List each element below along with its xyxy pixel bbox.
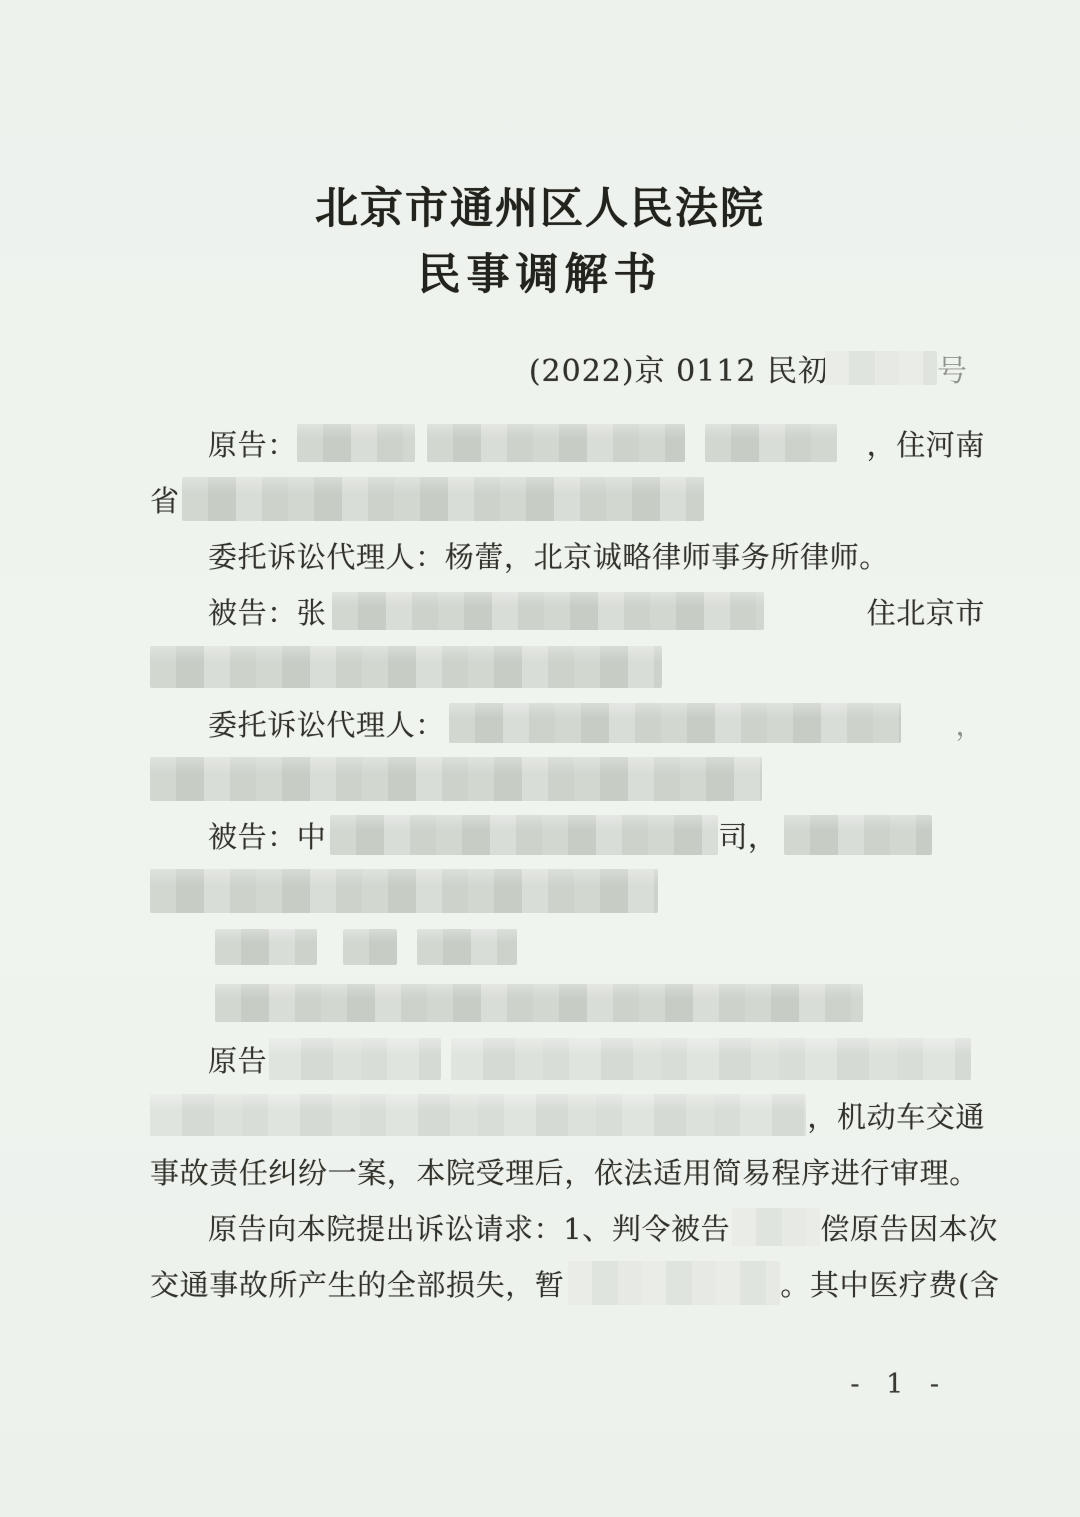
redaction-block — [427, 424, 685, 462]
defendant2-label: 被告：中 — [208, 815, 326, 856]
plaintiff-line: 原告： ，住河南 — [150, 415, 985, 471]
redaction-block — [732, 1208, 820, 1246]
defendant1-agent-line: 委托诉讼代理人： ， — [150, 695, 985, 751]
redaction-block — [784, 815, 932, 855]
redaction-block — [705, 424, 837, 462]
redacted-line-long — [150, 975, 985, 1031]
intro-procedure-text: 事故责任纠纷一案，本院受理后，依法适用简易程序进行审理。 — [150, 1151, 979, 1192]
defendant1-agent-label: 委托诉讼代理人： — [208, 703, 445, 744]
defendant1-line: 被告：张 住北京市 — [150, 583, 985, 639]
plaintiff-agent-text: 委托诉讼代理人：杨蕾，北京诚略律师事务所律师。 — [208, 535, 889, 576]
claim-line2: 交通事故所产生的全部损失，暂 。其中医疗费(含 — [150, 1255, 985, 1311]
defendant1-label: 被告：张 — [208, 591, 326, 632]
redaction-block — [343, 929, 397, 965]
case-intro-line3: 事故责任纠纷一案，本院受理后，依法适用简易程序进行审理。 — [150, 1143, 985, 1199]
page-number: - 1 - — [0, 1369, 1080, 1400]
redaction-block — [332, 592, 764, 630]
claim-start-text: 原告向本院提出诉讼请求：1、判令被告 — [208, 1207, 730, 1248]
intro-tail-text: ，机动车交通 — [807, 1095, 985, 1136]
residence-cont-text: 省 — [150, 479, 180, 520]
title-block: 北京市通州区人民法院 民事调解书 — [0, 0, 1080, 301]
redaction-block — [330, 815, 718, 855]
document-page: 北京市通州区人民法院 民事调解书 (2022)京 0112 民初 号 原告： ，… — [0, 0, 1080, 1517]
case-number-line: (2022)京 0112 民初 号 — [0, 347, 1080, 389]
defendant1-agent-comma: ， — [955, 703, 985, 744]
case-intro-line1: 原告 — [150, 1031, 985, 1087]
claim-line1: 原告向本院提出诉讼请求：1、判令被告 偿原告因本次 — [150, 1199, 985, 1255]
claim2-tail-text: 。其中医疗费(含 — [780, 1263, 999, 1304]
redaction-block — [215, 984, 863, 1022]
defendant2-address-line — [150, 863, 985, 919]
plaintiff-label: 原告： — [208, 423, 297, 464]
document-type-title: 民事调解书 — [0, 249, 1080, 301]
redaction-block — [182, 477, 704, 521]
redaction-block — [150, 646, 662, 688]
agent-address-line — [150, 751, 985, 807]
redaction-block — [417, 929, 517, 965]
redaction-block — [451, 1038, 971, 1080]
defendant1-residence: 住北京市 — [867, 591, 985, 632]
redaction-block — [825, 351, 937, 385]
redaction-block — [297, 424, 415, 462]
document-body: 原告： ，住河南 省 委托诉讼代理人：杨蕾，北京诚略律师事务所律师。 被告：张 … — [0, 389, 1080, 1311]
redaction-block — [269, 1038, 441, 1080]
case-number-prefix: (2022)京 0112 民初 — [529, 346, 829, 390]
defendant1-residence-cont-line — [150, 639, 985, 695]
case-number-suffix: 号 — [937, 346, 968, 390]
redaction-block — [150, 869, 658, 913]
defendant2-company-suffix: 司， — [718, 815, 777, 856]
defendant2-line: 被告：中 司， — [150, 807, 985, 863]
redaction-block — [449, 703, 901, 743]
intro-plaintiff-label: 原告 — [208, 1039, 267, 1080]
redaction-block — [568, 1261, 780, 1305]
redaction-block — [150, 1094, 806, 1136]
redaction-block — [150, 757, 762, 801]
court-name-title: 北京市通州区人民法院 — [0, 183, 1080, 235]
redaction-block — [215, 929, 317, 965]
claim-mid-text: 偿原告因本次 — [820, 1207, 998, 1248]
plaintiff-residence: ，住河南 — [867, 423, 985, 464]
case-intro-line2: ，机动车交通 — [150, 1087, 985, 1143]
redacted-line-short — [150, 919, 985, 975]
claim2-start-text: 交通事故所产生的全部损失，暂 — [150, 1263, 564, 1304]
plaintiff-residence-cont-line: 省 — [150, 471, 985, 527]
plaintiff-agent-line: 委托诉讼代理人：杨蕾，北京诚略律师事务所律师。 — [150, 527, 985, 583]
